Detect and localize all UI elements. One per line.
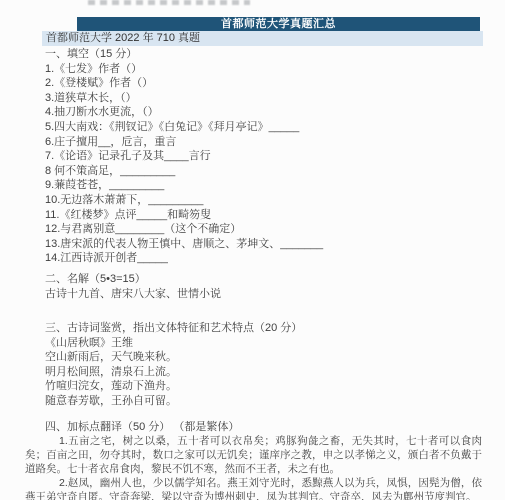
translation-paragraph-2: 2.赵凤，幽州人也，少以儒学知名。燕王刘守光时，悉黥燕人以为兵，凤惧，因髡为僧，…	[25, 476, 482, 500]
fill-blank-item-4: 4.抽刀断水水更流，（）	[45, 105, 481, 120]
section-one-title: 一、填空（15 分）	[45, 47, 481, 62]
section-four-title: 四、加标点翻译（50 分） （都是繁体）	[45, 420, 481, 435]
poem-line-1: 空山新雨后，天气晚来秋。	[45, 350, 481, 365]
fill-blank-item-2: 2.《登楼赋》作者（）	[45, 76, 481, 91]
section-two-title: 二、名解（5•3=15）	[45, 272, 481, 287]
poem-title: 《山居秋暝》王维	[45, 336, 481, 351]
fill-blank-item-3: 3.道狭草木长，（）	[45, 91, 481, 106]
fill-blank-item-7: 7.《论语》记录孔子及其____言行	[45, 149, 481, 164]
translation-paragraphs: 1.五亩之宅，树之以桑，五十者可以衣帛矣；鸡豚狗彘之畜，无失其时，七十者可以食肉…	[25, 434, 482, 500]
document-page: 首都师范大学真题汇总 首都师范大学 2022 年 710 真题 一、填空（15 …	[0, 0, 505, 500]
document-body: 一、填空（15 分） 1.《七发》作者（） 2.《登楼赋》作者（） 3.道狭草木…	[45, 47, 481, 500]
fill-blank-item-9: 9.蒹葭苍苍，_________	[45, 178, 481, 193]
fill-blank-item-6: 6.庄子擅用__，卮言，重言	[45, 135, 481, 150]
translation-paragraph-1: 1.五亩之宅，树之以桑，五十者可以衣帛矣；鸡豚狗彘之畜，无失其时，七十者可以食肉…	[25, 434, 482, 476]
fill-blank-item-14: 14.江西诗派开创者_____	[45, 251, 481, 266]
section-three-title: 三、古诗词鉴赏，指出文体特征和艺术特点（20 分）	[45, 321, 481, 336]
cropped-top-text	[88, 0, 250, 5]
poem-line-4: 随意春芳歇，王孙自可留。	[45, 394, 481, 409]
banner-title: 首都师范大学真题汇总	[77, 17, 480, 31]
fill-blank-item-1: 1.《七发》作者（）	[45, 62, 481, 77]
poem-line-3: 竹喧归浣女，莲动下渔舟。	[45, 379, 481, 394]
fill-blank-item-13: 13.唐宋派的代表人物王慎中、唐顺之、茅坤文、_______	[45, 237, 481, 252]
fill-blank-item-12: 12.与君离别意________（这个不确定）	[45, 222, 481, 237]
fill-blank-item-10: 10.无边落木萧萧下，_________	[45, 193, 481, 208]
subheader-row: 首都师范大学 2022 年 710 真题	[42, 31, 483, 46]
section-two-terms: 古诗十九首、唐宋八大家、世情小说	[45, 287, 481, 302]
fill-blank-item-8: 8 何不策高足，_________	[45, 164, 481, 179]
fill-blank-item-11: 11.《红楼梦》点评_____和畸笏叟	[45, 208, 481, 223]
fill-blank-item-5: 5.四大南戏：《荆钗记》《白兔记》《拜月亭记》_____	[45, 120, 481, 135]
poem-line-2: 明月松间照，清泉石上流。	[45, 365, 481, 380]
